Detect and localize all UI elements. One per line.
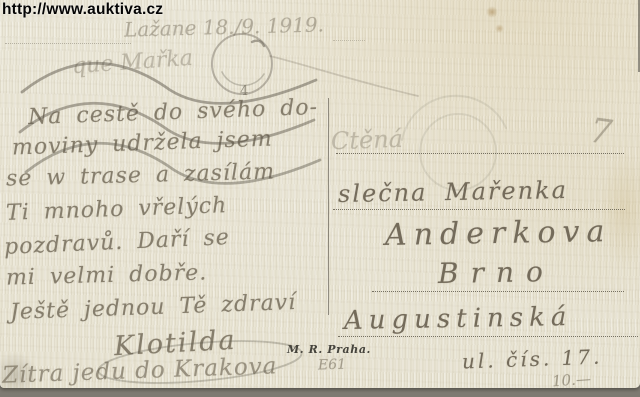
- message-line: se w trase a zasílám: [6, 159, 276, 191]
- postmark-streak: [270, 56, 418, 96]
- paper-stain: [495, 24, 504, 33]
- address-recipient: slečna Mařenka: [338, 176, 568, 208]
- address-rule-3: [372, 291, 624, 292]
- faint-dotted-line: [5, 43, 131, 44]
- faint-script-fragment: que Mařka: [71, 46, 193, 79]
- paper-stain: [600, 150, 640, 270]
- postscript-handwriting: Zítra jedu do Krakova: [2, 353, 278, 389]
- message-line: pozdravů. Daří se: [4, 225, 231, 260]
- watermark-url: http://www.auktiva.cz: [2, 1, 163, 19]
- catalog-pencil-mark: E61: [318, 357, 347, 374]
- address-rule-2: [333, 209, 625, 210]
- postmark-arc-faint: [402, 96, 506, 140]
- pencil-price-note: 10.—: [551, 370, 591, 391]
- postmark-inner-arc: [222, 72, 264, 85]
- message-line: moviny udržela jsem: [12, 126, 273, 160]
- address-city: Brno: [438, 255, 555, 290]
- message-line: Ti mnoho vřelých: [6, 193, 228, 226]
- address-salutation: Ctěná: [331, 125, 404, 155]
- message-line: Ještě jednou Tě zdraví: [10, 290, 297, 325]
- message-line: Na cestě do svého do-: [28, 95, 319, 130]
- message-line: mi velmi dobře.: [6, 260, 208, 290]
- postmark-circle-icon: [212, 34, 272, 94]
- pencil-mark: 7: [587, 111, 614, 154]
- address-divider-line: [328, 98, 329, 315]
- address-street-number: ul. čís. 17.: [462, 345, 603, 374]
- faint-dotted-line: [333, 40, 365, 41]
- postmark-smudge: [252, 41, 264, 46]
- publisher-imprint: M. R. Praha.: [287, 343, 371, 356]
- address-street: Augustinská: [344, 302, 573, 336]
- address-surname: Anderkova: [385, 214, 612, 253]
- paper-stain: [486, 6, 498, 18]
- postcard-scan: Lažane 18./9. 1919. que Mařka Na cestě d…: [0, 0, 640, 397]
- address-rule-4: [338, 336, 638, 337]
- postcard-back: Lažane 18./9. 1919. que Mařka Na cestě d…: [0, 0, 640, 388]
